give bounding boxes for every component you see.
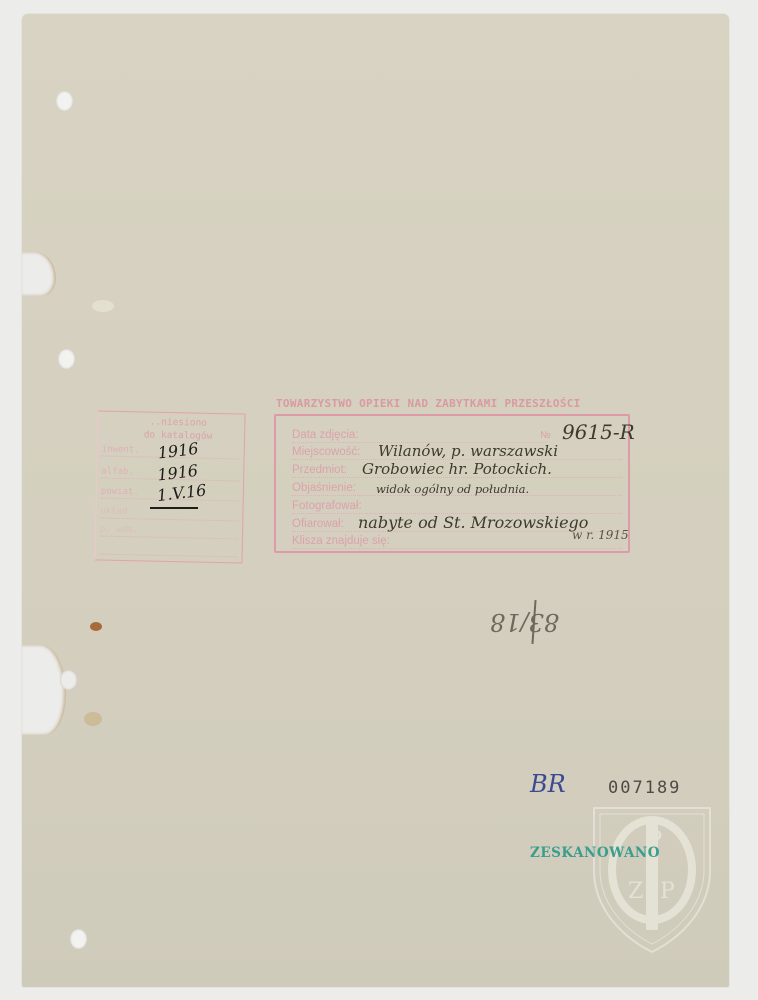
field-value: widok ogólny od południa. [376,482,529,496]
field-label: Objaśnienie: [292,482,356,494]
pencil-note-upside-down: 83/18 [490,608,559,636]
field-description: Objaśnienie: widok ogólny od południa. [292,478,622,496]
acquisition-year: w r. 1915 [572,528,629,542]
shield-monogram-watermark-icon: P Z P [588,800,716,958]
field-label: Miejscowość: [292,446,360,458]
punch-hole-bottom [70,929,87,949]
catalog-row-6 [100,540,238,558]
catalog-row-label: powiat. [101,487,139,498]
field-location: Miejscowość: Wilanów, p. warszawski [292,442,622,460]
inventory-number: 007189 [608,778,681,798]
br-initials: BR [530,770,566,798]
field-value: nabyte od St. Mrozowskiego [358,513,588,532]
catalog-row-inwent: inwent. 1916 [102,442,240,460]
stain-upper [92,300,114,312]
field-subject: Przedmiot: Grobowiec hr. Potockich. [292,460,622,478]
field-photo-date: Data zdjęcia: [292,425,546,443]
number-label: № [540,430,551,441]
stain-lower [84,712,102,726]
field-value: Grobowiec hr. Potockich. [362,460,552,478]
svg-text:Z: Z [628,879,643,904]
catalog-row-value: 1916 [157,439,200,463]
field-photographer: Fotografował: [292,496,622,514]
punch-hole-lower-mid [60,670,77,690]
catalog-entry-stamp: ..niesiono do katalogów inwent. 1916 alf… [94,410,245,563]
catalog-row-label: p. wdm. [100,525,138,536]
catalog-row-label: układ [100,507,127,518]
field-label: Ofiarował: [292,518,344,530]
field-label: Data zdjęcia: [292,429,358,441]
catalog-row-5: p. wdm. [100,522,238,540]
field-label: Fotografował: [292,500,362,512]
catalog-row-label: inwent. [102,445,140,456]
catalog-number: 9615-R [562,420,635,444]
field-label: Przedmiot: [292,464,347,476]
field-value: Wilanów, p. warszawski [378,442,558,460]
svg-text:P: P [660,879,675,904]
scanned-stamp: ZESKANOWANO [530,845,660,861]
punch-hole-top [56,91,73,111]
catalog-row-value: 1.V.16 [156,480,207,505]
rust-spot [90,622,102,631]
field-label: Klisza znajduje się: [292,535,390,547]
date-underline [150,507,198,509]
society-stamp-header: TOWARZYSTWO OPIEKI NAD ZABYTKAMI PRZESZŁ… [276,397,636,410]
catalog-row-label: alfab. [101,467,134,478]
catalog-stamp-title-line1: ..niesiono [114,416,242,430]
punch-hole-upper-mid [58,349,75,369]
catalog-row-powiat: powiat. 1.V.16 [101,484,239,502]
catalog-row-alfab: alfab. 1916 [101,464,239,482]
